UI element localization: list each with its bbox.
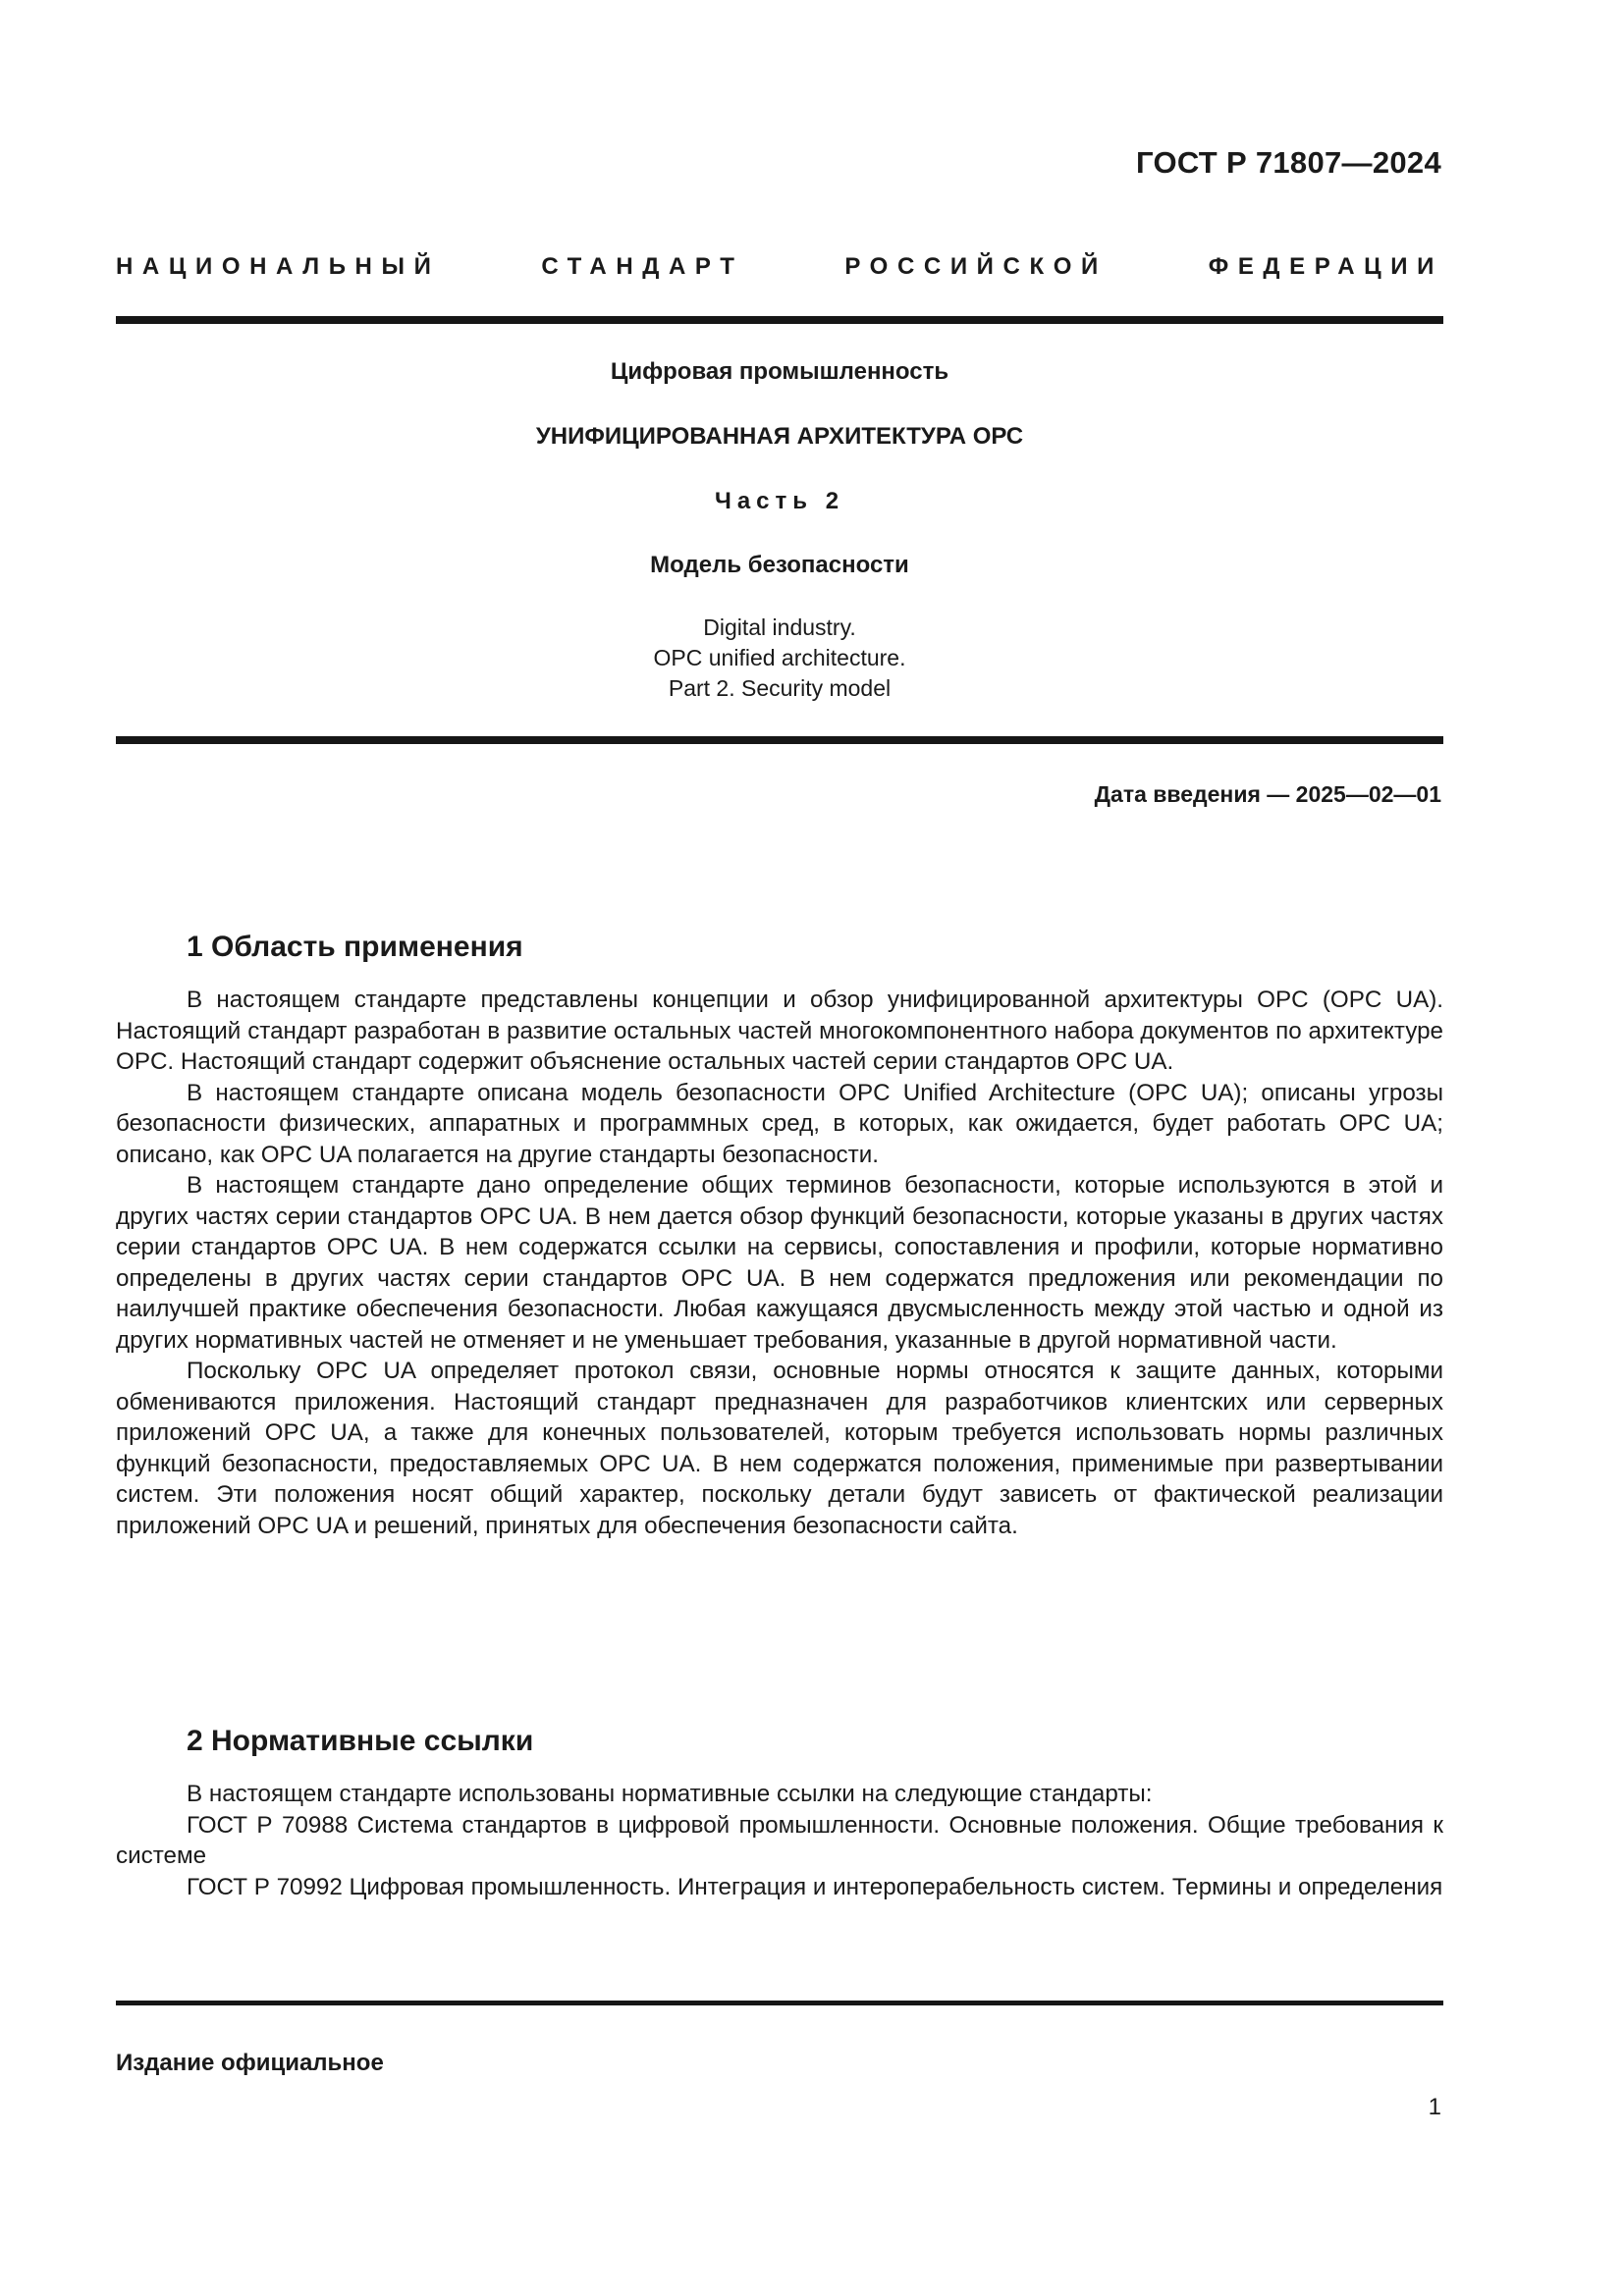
official-edition-label: Издание официальное	[116, 2050, 384, 2077]
reference-item: ГОСТ Р 70992 Цифровая промышленность. Ин…	[116, 1872, 1443, 1903]
section-normative-references: 2 Нормативные ссылки В настоящем стандар…	[116, 1725, 1443, 1902]
paragraph: В настоящем стандарте описана модель без…	[116, 1078, 1443, 1171]
series-title: Цифровая промышленность	[116, 358, 1443, 386]
section-heading: 2 Нормативные ссылки	[116, 1725, 1443, 1758]
section-scope: 1 Область применения В настоящем стандар…	[116, 931, 1443, 1541]
paragraph: В настоящем стандарте представлены конце…	[116, 985, 1443, 1078]
footer-divider	[116, 2001, 1443, 2005]
paragraph: В настоящем стандарте дано определение о…	[116, 1170, 1443, 1356]
page-number: 1	[1429, 2094, 1441, 2121]
paragraph: Поскольку OPC UA определяет протокол свя…	[116, 1356, 1443, 1541]
english-title-line: Digital industry.	[116, 613, 1443, 643]
title-divider	[116, 736, 1443, 744]
top-divider	[116, 316, 1443, 324]
paragraph: В настоящем стандарте использованы норма…	[116, 1779, 1443, 1810]
introduction-date: Дата введения — 2025—02—01	[1095, 781, 1441, 808]
reference-item: ГОСТ Р 70988 Система стандартов в цифров…	[116, 1810, 1443, 1872]
subtitle: Модель безопасности	[116, 552, 1443, 579]
national-standard-banner: НАЦИОНАЛЬНЫЙ СТАНДАРТ РОССИЙСКОЙ ФЕДЕРАЦ…	[116, 253, 1443, 281]
document-number: ГОСТ Р 71807—2024	[1136, 145, 1441, 181]
english-title-line: OPC unified architecture.	[116, 643, 1443, 673]
part-label: Часть 2	[116, 488, 1443, 515]
main-title: УНИФИЦИРОВАННАЯ АРХИТЕКТУРА ОРС	[116, 423, 1443, 451]
section-heading: 1 Область применения	[116, 931, 1443, 964]
english-title: Digital industry. OPC unified architectu…	[116, 613, 1443, 704]
english-title-line: Part 2. Security model	[116, 673, 1443, 704]
